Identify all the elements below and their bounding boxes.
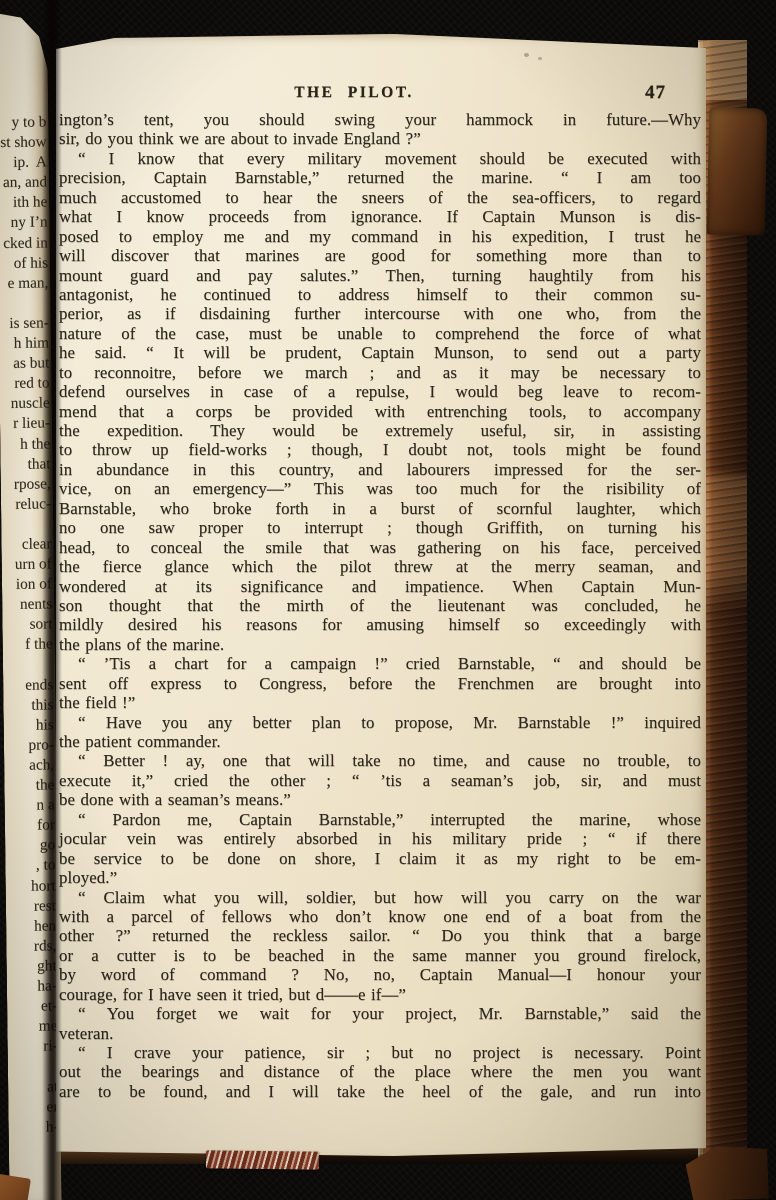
text-line: be service to be done on shore, I claim … [59,849,701,868]
fragment-line: hen [6,916,56,937]
text-line: mildly desired his reasons for amusing h… [59,615,701,634]
text-line: mount guard and pay salutes.” Then, turn… [59,266,701,285]
fragment-line: r lieu- [0,414,50,435]
fragment-line: cked in [0,233,48,254]
text-line: in abundance in this country, and labour… [59,460,701,479]
fragment-line: er [8,1097,58,1118]
fragment-line: ri- [8,1037,58,1058]
fragment-line: is sen- [0,313,49,334]
text-line: the fierce glance which the pilot threw … [59,557,701,576]
text-line: “ Pardon me, Captain Barnstable,” interr… [59,810,701,829]
fragment-line: at [8,1077,58,1098]
fragment-line: ach, [4,755,54,776]
text-line: “ ’Tis a chart for a campaign !” cried B… [59,654,701,673]
fragment-line: me [7,1017,57,1038]
text-line: with a parcel of fellows who don’t know … [59,907,701,926]
fragment-line: ith he [0,193,47,214]
fragment-line: ght [7,956,57,977]
fragment-line: , to [5,856,55,877]
text-line: “ Have you any better plan to propose, M… [59,713,701,732]
fragment-gap [0,293,49,314]
fragment-line: ip. A [0,153,47,174]
text-line: posed to employ me and my command in his… [59,227,701,246]
text-line: “ I know that every military movement sh… [59,149,701,168]
text-line: much accustomed to hear the sneers of th… [59,188,701,207]
text-line: head, to conceal the smile that was gath… [59,538,701,557]
text-line: the expedition. They would be extremely … [59,421,701,440]
leather-corner-top [707,107,768,235]
text-line: vice, on an emergency—” This was too muc… [59,479,701,498]
text-line: veteran. [59,1024,701,1043]
fragment-line: h- [8,1117,58,1138]
fragment-line: nuscle [0,394,50,415]
book-page: THE PILOT. 47 ington’s tent, you should … [56,34,706,1156]
fragment-line: urn of [2,554,52,575]
fragment-line: his [4,715,54,736]
fragment-line: pro- [4,735,54,756]
fragment-line: of his [0,253,48,274]
fragment-line: rest [6,896,56,917]
text-line: nature of the case, must be unable to co… [59,324,701,343]
text-line: sir, do you think we are about to invade… [59,129,701,148]
page-number: 47 [645,82,666,104]
text-line: to throw up field-works ; though, I doub… [59,440,701,459]
fragment-line: that [0,454,50,475]
text-line: he said. “ It will be prudent, Captain M… [59,343,701,362]
fragment-line: n a [5,796,55,817]
page-text: ington’s tent, you should swing your ham… [59,110,701,1101]
fragment-line: red to [0,374,50,395]
text-line: out the bearings and distance of the pla… [59,1062,701,1081]
text-line: precision, Captain Barnstable,” returned… [59,168,701,187]
fragment-line: nents [2,595,52,616]
fragment-line: ny I’n [0,213,48,234]
text-line: “ You forget we wait for your project, M… [59,1004,701,1023]
fragment-line: rpose, [1,474,51,495]
text-line: “ Better ! ay, one that will take no tim… [59,751,701,770]
header-title: THE PILOT. [56,84,652,102]
marbled-edge-fragment [206,1150,319,1169]
text-line: ington’s tent, you should swing your ham… [59,110,701,129]
fragment-line: ha- [7,976,57,997]
fragment-gap [8,1057,58,1078]
fragment-line: go [5,836,55,857]
fragment-line: y to b [0,112,46,133]
fragment-line: et- [7,996,57,1017]
fragment-line: for [5,816,55,837]
fragment-line: e man, [0,273,48,294]
bottom-left-board-corner [0,1173,31,1200]
text-line: defend ourselves in case of a repulse, I… [59,382,701,401]
fragment-line: reluc- [1,494,51,515]
fragment-line: the [4,775,54,796]
fragment-line: h the [0,434,50,455]
text-line: or a cutter is to be beached in the same… [59,946,701,965]
text-line: no one saw proper to interrupt ; though … [59,518,701,537]
paper-speck [538,57,542,60]
text-line: wondered at its significance and impatie… [59,577,701,596]
paper-speck [524,53,529,57]
text-line: “ Claim what you will, soldier, but how … [59,888,701,907]
fragment-line: h him [0,333,49,354]
text-line: courage, for I have seen it tried, but d… [59,985,701,1004]
fragment-line: st show [0,132,47,153]
text-line: the patient commander. [59,732,701,751]
fragment-line: rds, [6,936,56,957]
text-line: what I know proceeds from ignorance. If … [59,207,701,226]
fragment-line: an, and [0,173,47,194]
text-line: perior, as if disdaining further interco… [59,304,701,323]
running-header: THE PILOT. 47 [56,82,706,106]
text-line: other ?” returned the reckless sailor. “… [59,926,701,945]
text-line: ployed.” [59,868,701,887]
text-line: are to be found, and I will take the hee… [59,1082,701,1101]
text-line: “ I crave your patience, sir ; but no pr… [59,1043,701,1062]
fragment-line: ends [3,675,53,696]
fragment-line: hort [6,876,56,897]
fragment-line: as but [0,353,49,374]
text-line: Barnstable, who broke forth in a burst o… [59,499,701,518]
fragment-line: this [3,695,53,716]
text-line: the field !” [59,693,701,712]
text-line: son thought that the mirth of the lieute… [59,596,701,615]
text-line: the plans of the marine. [59,635,701,654]
text-line: will discover that marines are good for … [59,246,701,265]
fragment-line: ion of [2,575,52,596]
book-photo: { "header": { "title": "THE PILOT.", "pa… [0,0,776,1200]
fragment-gap [1,514,51,535]
text-line: execute it,” cried the other ; “ ’tis a … [59,771,701,790]
fragment-line: clear [1,534,51,555]
fragment-column: y to bst showip. Aan, andith heny I’ncke… [0,112,59,1137]
fragment-line: f the [3,635,53,656]
text-line: to reconnoitre, before we march ; and as… [59,363,701,382]
text-line: sent off express to Congress, before the… [59,674,701,693]
text-line: jocular vein was entirely absorbed in hi… [59,829,701,848]
text-line: mend that a corps be provided with entre… [59,402,701,421]
text-line: be done with a seaman’s means.” [59,790,701,809]
text-line: antagonist, he continued to address hims… [59,285,701,304]
text-line: by word of command ? No, no, Captain Man… [59,965,701,984]
fragment-line: sort [2,615,52,636]
fragment-gap [3,655,53,676]
